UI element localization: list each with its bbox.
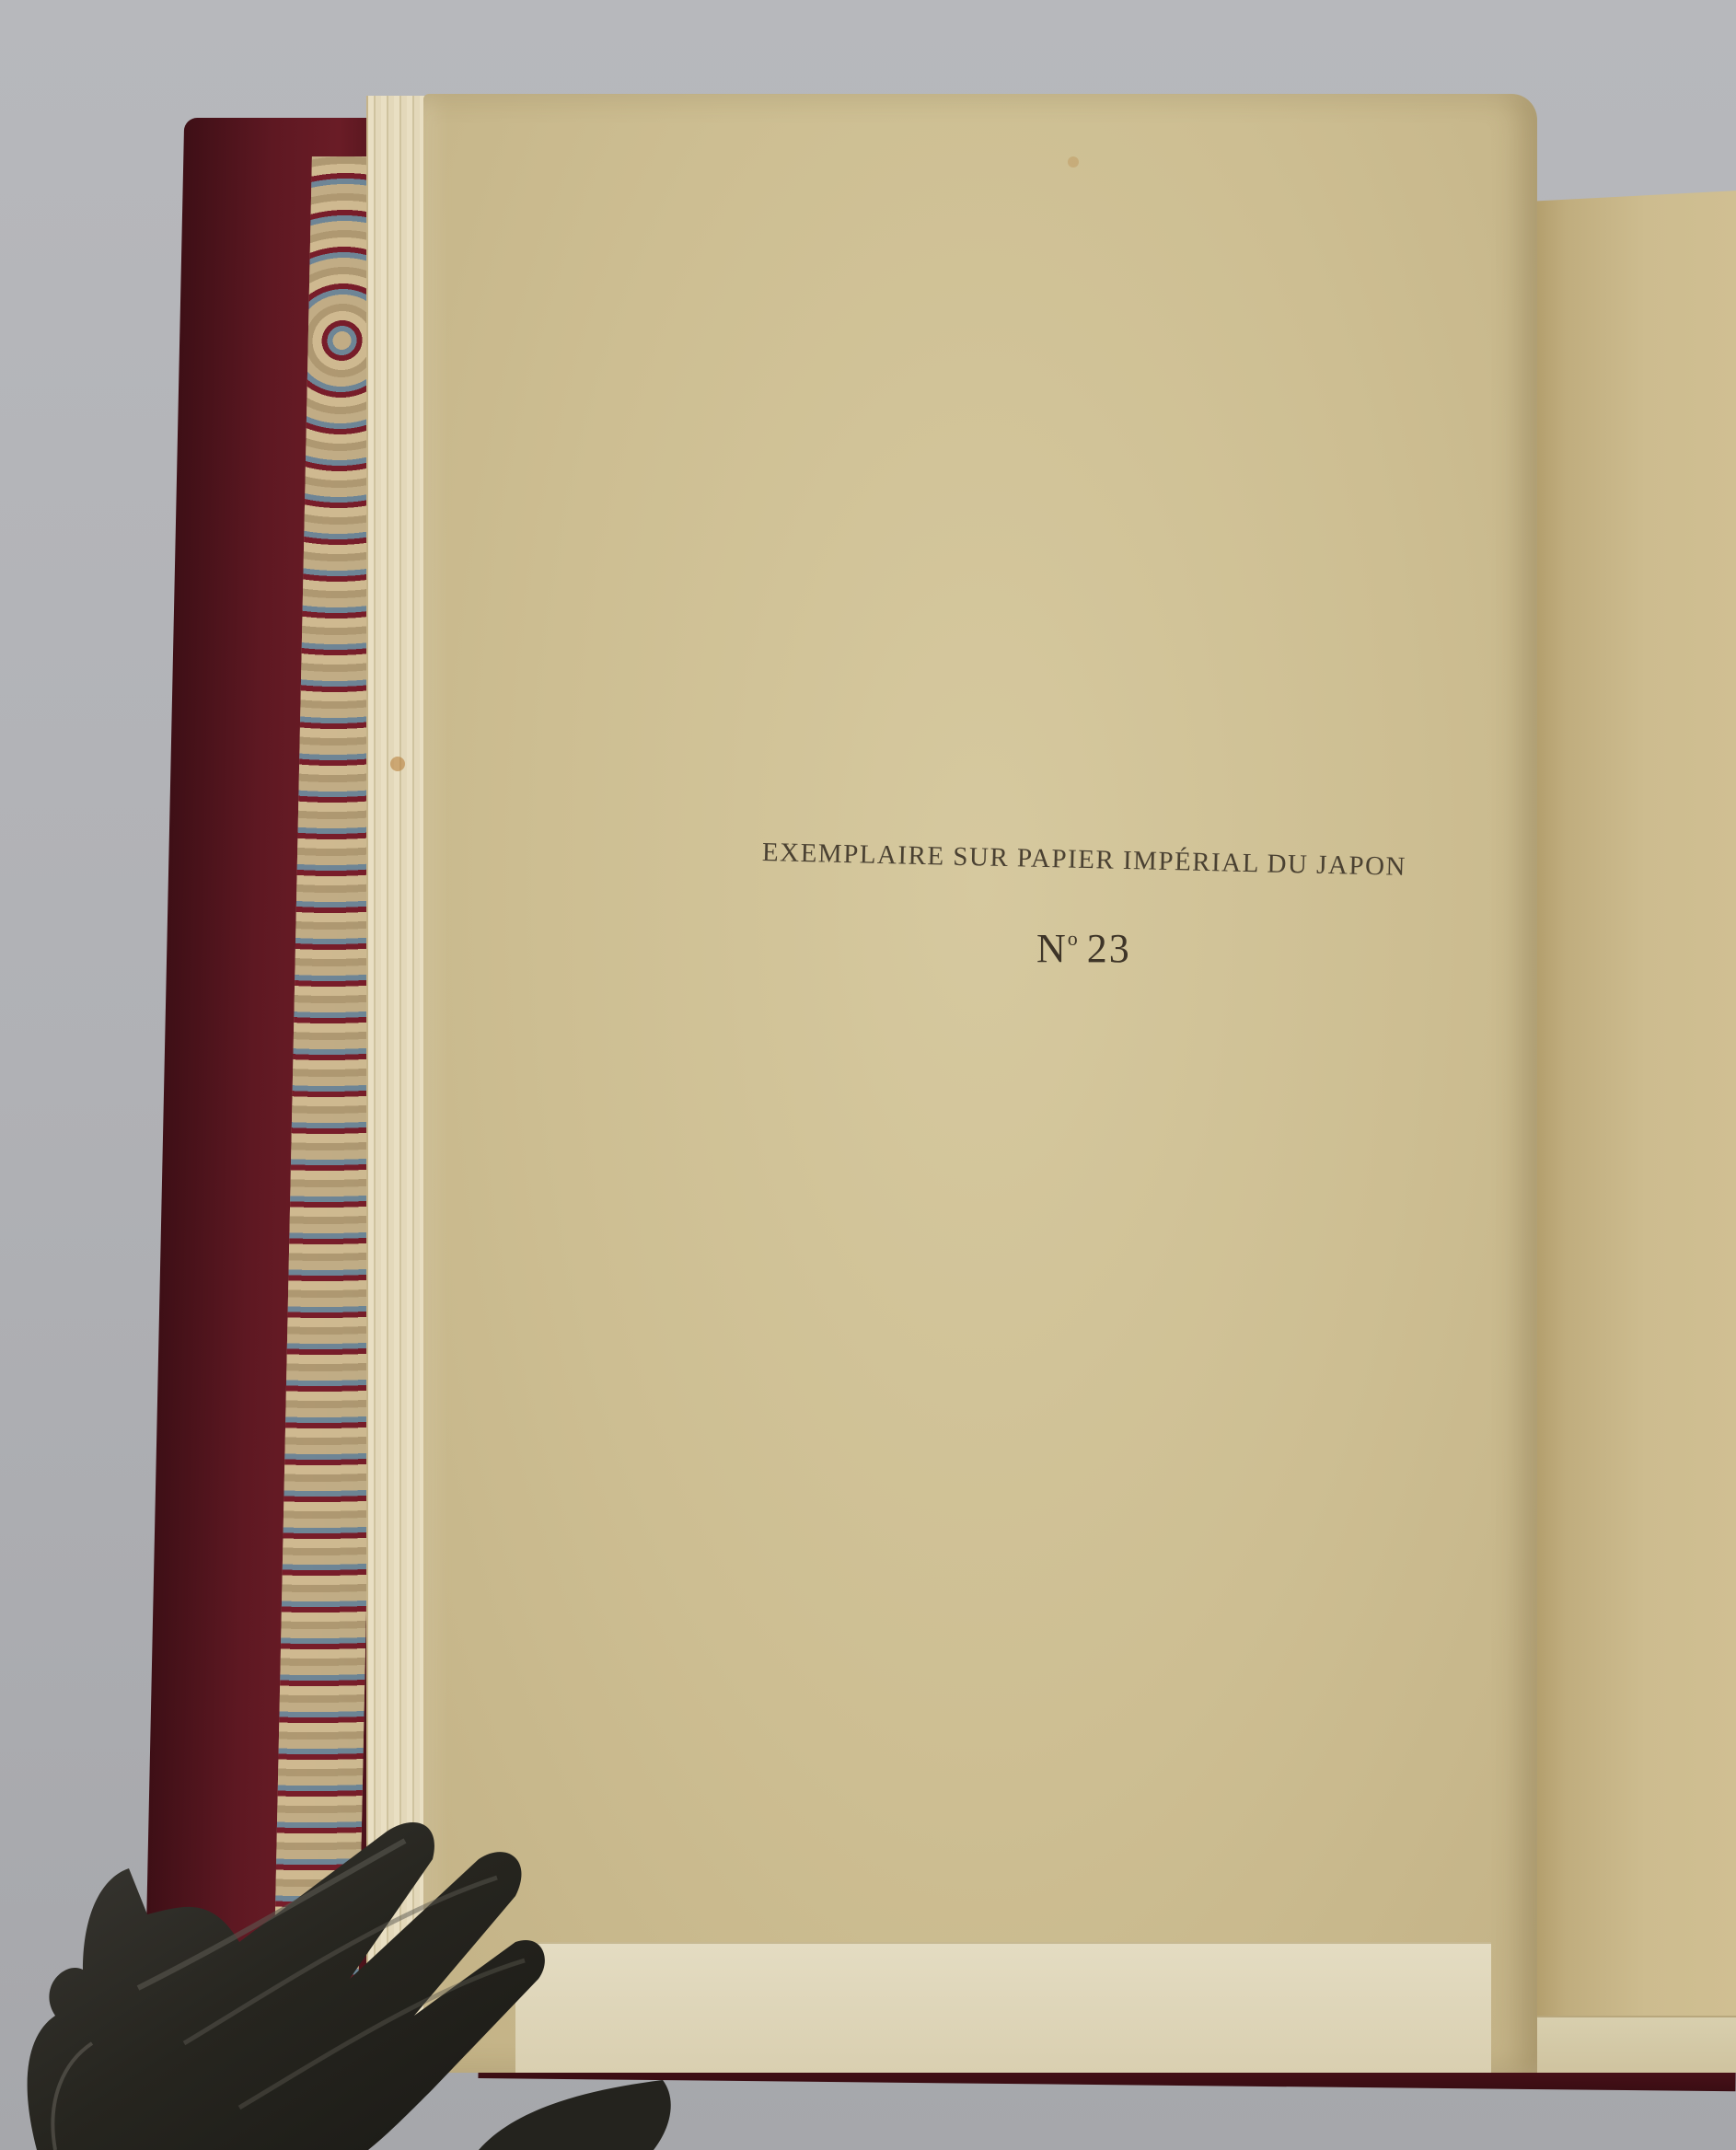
foxing-spot [390, 757, 405, 771]
number-superscript: o [1068, 927, 1080, 950]
left-page-bottom-strip [515, 1942, 1491, 2073]
copy-number: No23 [1036, 925, 1131, 972]
foxing-spot [1068, 156, 1079, 168]
right-page [1510, 191, 1736, 2043]
number-prefix: N [1036, 926, 1068, 971]
stand-base-scroll-icon [479, 2071, 681, 2150]
number-value: 23 [1087, 926, 1131, 971]
left-page [423, 94, 1537, 2073]
book-photo: EXEMPLAIRE SUR PAPIER IMPÉRIAL DU JAPON … [0, 0, 1736, 2150]
cast-iron-hand-stand-icon [0, 1804, 552, 2150]
